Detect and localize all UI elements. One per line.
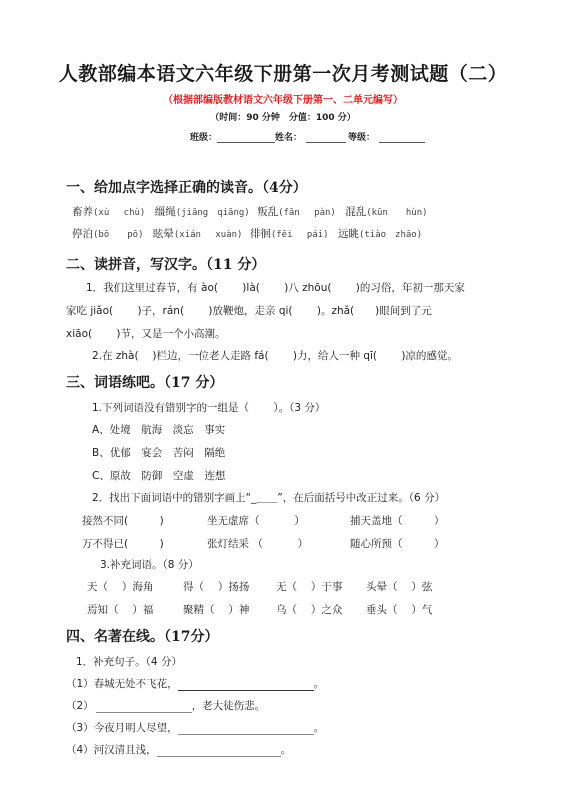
sentence-after: ，老大徒伤悲。	[192, 700, 266, 712]
exam-meta: （时间：90 分钟 分值：100 分）	[0, 110, 566, 123]
answer-blank[interactable]	[157, 745, 281, 757]
idiom-item: 乌（ ）之众	[276, 602, 342, 617]
pinyin-options: (kūn hùn)	[366, 208, 427, 218]
sentence-before: 河汉清且浅，	[94, 744, 157, 756]
pinyin-options: (tiào zhāo)	[359, 230, 422, 240]
typo-item: 万不得已( )	[82, 536, 164, 551]
question-2-1-line-2: 家吃 jiǎo( )子，rán( )放鞭炮，走亲 qi( )。zhǎ( )眼间到…	[66, 303, 432, 318]
section-1-heading: 一、给加点字选择正确的读音。（4分）	[66, 177, 307, 197]
section-4-heading: 四、名著在线。（17分）	[66, 626, 218, 646]
section-2-heading: 二、读拼音，写汉字。（11 分）	[66, 254, 265, 274]
word: 远眺	[338, 228, 359, 240]
question-4-1: 1．补充句子。（4 分）	[76, 654, 182, 669]
grade-field[interactable]	[379, 132, 425, 143]
typo-item: 捕天盖地（ ）	[350, 513, 445, 528]
fill-sentence-2: （2），老大徒伤悲。	[66, 698, 265, 713]
pinyin-options: (fēi pái)	[271, 230, 329, 240]
question-2-1-line-3: xiāo( )节，又是一个小高潮。	[66, 326, 226, 341]
subtitle: （根据部编版教材语文六年级下册第一、二单元编写）	[0, 91, 566, 106]
sentence-before: 今夜月明人尽望，	[94, 722, 178, 734]
idiom-item: 垂头（ ）气	[366, 602, 432, 617]
fill-sentence-3: （3）今夜月明人尽望，。	[66, 720, 324, 735]
item-number: （2）	[66, 700, 94, 712]
sentence-before: 春城无处不飞花，	[94, 678, 178, 690]
option-a[interactable]: A、处境 航海 淡忘 事实	[92, 422, 225, 437]
idiom-item: 头晕（ ）弦	[366, 579, 432, 594]
question-3-1: 1.下列词语没有错别字的一组是（ ）。（3 分）	[92, 400, 325, 415]
pinyin-row-1: 畜养(xù chù) 缰绳(jiāng qiāng) 叛乱(fān pàn) 混…	[72, 204, 428, 219]
fill-sentence-4: （4）河汉清且浅，。	[66, 742, 291, 757]
word: 混乱	[345, 206, 366, 218]
pinyin-options: (bō pō)	[93, 230, 144, 240]
typo-item: 接然不同( )	[82, 513, 164, 528]
item-number: （4）	[66, 744, 94, 756]
class-label: 班级：	[190, 133, 217, 143]
typo-item: 随心所预（ ）	[350, 536, 445, 551]
word: 叛乱	[257, 206, 278, 218]
option-b[interactable]: B、优郁 宴会 苦闷 隔绝	[92, 445, 225, 460]
typo-item: 坐无虚席（ ）	[207, 513, 305, 528]
idiom-item: 焉知（ ）福	[87, 602, 153, 617]
class-field[interactable]	[217, 132, 275, 143]
word: 缰绳	[155, 206, 176, 218]
answer-blank[interactable]	[178, 723, 314, 735]
pinyin-options: (jiāng qiāng)	[176, 208, 250, 218]
question-3-2: 2．找出下面词语中的错别字画上“_＿＿”，在后面括号中改正过来。（6 分）	[92, 490, 445, 505]
option-c[interactable]: C、原故 防御 空虚 连想	[92, 468, 225, 483]
question-3-3: 3.补充词语。（8 分）	[100, 557, 199, 572]
pinyin-options: (xù chù)	[93, 208, 145, 218]
name-field[interactable]	[306, 132, 346, 143]
word: 徘徊	[250, 228, 271, 240]
question-2-2: 2.在 zhà( )栏边，一位老人走路 fá( )力，给人一种 qī( )凉的感…	[92, 348, 458, 363]
item-number: （1）	[66, 678, 94, 690]
section-3-heading: 三、词语练吧。（17 分）	[66, 372, 223, 392]
student-info-row: 班级：姓名：等级：	[190, 130, 425, 143]
idiom-item: 无（ ）于事	[276, 579, 342, 594]
sentence-after: 。	[314, 678, 325, 690]
sentence-after: 。	[281, 744, 292, 756]
idiom-item: 聚精（ ）神	[183, 602, 249, 617]
idiom-item: 得（ ）扬扬	[183, 579, 249, 594]
page-title: 人教部编本语文六年级下册第一次月考测试题（二）	[0, 59, 566, 86]
word: 畜养	[72, 206, 93, 218]
idiom-item: 天（ ）海角	[87, 579, 153, 594]
question-2-1-line-1: 1．我们这里过春节，有 ào( )là( )八 zhōu( )的习俗，年初一那天…	[86, 280, 465, 295]
pinyin-options: (xián xuàn)	[174, 230, 243, 240]
fill-sentence-1: （1）春城无处不飞花，。	[66, 676, 324, 691]
name-label: 姓名：	[275, 133, 302, 143]
answer-blank[interactable]	[96, 701, 192, 713]
pinyin-row-2: 停泊(bō pō) 眩晕(xián xuàn) 徘徊(fēi pái) 远眺(t…	[72, 226, 422, 241]
word: 眩晕	[153, 228, 174, 240]
item-number: （3）	[66, 722, 94, 734]
grade-label: 等级：	[348, 133, 375, 143]
word: 停泊	[72, 228, 93, 240]
typo-item: 张灯结采 （ ）	[207, 536, 308, 551]
answer-blank[interactable]	[178, 679, 314, 691]
sentence-after: 。	[314, 722, 325, 734]
pinyin-options: (fān pàn)	[278, 208, 336, 218]
